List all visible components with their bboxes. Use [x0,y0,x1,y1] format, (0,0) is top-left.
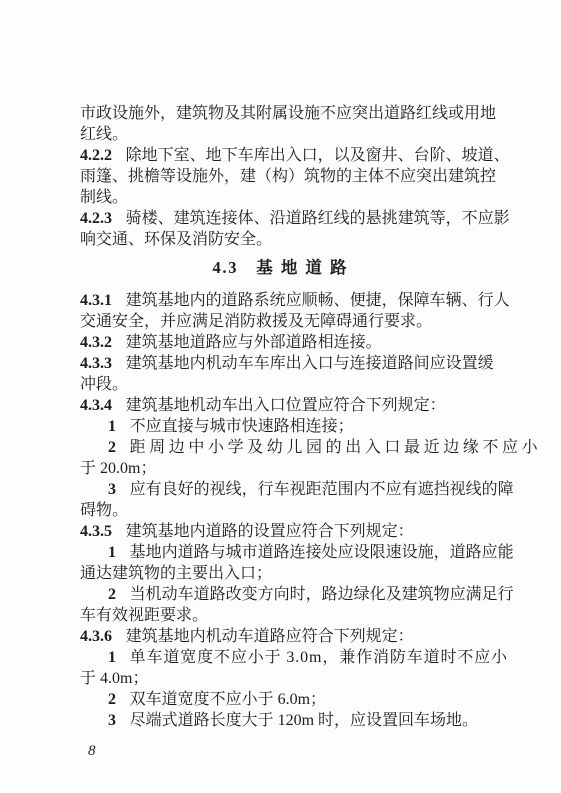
line-text: 冲段。 [80,376,128,393]
text-line: 红线。 [80,124,481,145]
clause-number: 4.2.3 [80,210,112,227]
line-text: 基地内道路与城市道路连接处应设限速设施，道路应能 [130,544,514,561]
line-text: 当机动车道路改变方向时，路边绿化及建筑物应满足行 [130,586,514,603]
line-text: 建筑基地内机动车道路应符合下列规定： [126,628,414,645]
line-text: 建筑基地机动车出入口位置应符合下列规定： [126,397,446,414]
line-text: 建筑基地道路应与外部道路相连接。 [126,334,382,351]
item-number: 1 [108,418,116,435]
text-line: 4.3.6建筑基地内机动车道路应符合下列规定： [80,626,481,647]
line-text: 双车道宽度不应小于 6.0m； [130,691,326,708]
list-item-line: 2当机动车道路改变方向时，路边绿化及建筑物应满足行 [80,584,481,605]
clause-number: 4.2.2 [80,147,112,164]
text-line: 于 4.0m； [80,668,481,689]
line-text: 建筑基地内道路的设置应符合下列规定： [126,523,414,540]
clause-number: 4.3.5 [80,523,112,540]
section-number: 4.3 [213,258,239,277]
page-number: 8 [88,743,96,760]
text-line: 碍物。 [80,500,481,521]
item-number: 2 [108,439,116,456]
text-block: 市政设施外，建筑物及其附属设施不应突出道路红线或用地 红线。 4.2.2除地下室… [80,103,481,731]
line-text: 不应直接与城市快速路相连接； [130,418,354,435]
item-number: 2 [108,586,116,603]
line-text: 于 4.0m； [80,670,148,687]
item-number: 1 [108,649,116,666]
line-text: 通达建筑物的主要出入口； [80,565,272,582]
list-item-line: 3应有良好的视线，行车视距范围内不应有遮挡视线的障 [80,479,481,500]
item-number: 3 [108,481,116,498]
clause-number: 4.3.2 [80,334,112,351]
list-item-line: 1单车道宽度不应小于 3.0m，兼作消防车道时不应小 [80,647,481,668]
line-text: 建筑基地内机动车车库出入口与连接道路间应设置缓 [126,355,494,372]
text-line: 4.3.4建筑基地机动车出入口位置应符合下列规定： [80,395,481,416]
text-line: 4.3.2建筑基地道路应与外部道路相连接。 [80,332,481,353]
text-line: 4.3.3建筑基地内机动车车库出入口与连接道路间应设置缓 [80,353,481,374]
line-text: 除地下室、地下车库出入口，以及窗井、台阶、坡道、 [126,147,510,164]
list-item-line: 2双车道宽度不应小于 6.0m； [80,689,481,710]
text-line: 通达建筑物的主要出入口； [80,563,481,584]
text-line: 于 20.0m； [80,458,481,479]
list-item-line: 2距周边中小学及幼儿园的出入口最近边缘不应小 [80,437,481,458]
line-text: 距周边中小学及幼儿园的出入口最近边缘不应小 [130,439,542,456]
line-text: 应有良好的视线，行车视距范围内不应有遮挡视线的障 [130,481,514,498]
text-line: 市政设施外，建筑物及其附属设施不应突出道路红线或用地 [80,103,481,124]
line-text: 碍物。 [80,502,128,519]
line-text: 交通安全，并应满足消防救援及无障碍通行要求。 [80,313,432,330]
clause-number: 4.3.6 [80,628,112,645]
line-text: 红线。 [80,126,128,143]
line-text: 市政设施外，建筑物及其附属设施不应突出道路红线或用地 [80,105,496,122]
text-line: 4.3.1建筑基地内的道路系统应顺畅、便捷，保障车辆、行人 [80,290,481,311]
line-text: 单车道宽度不应小于 3.0m，兼作消防车道时不应小 [130,649,508,666]
clause-number: 4.3.3 [80,355,112,372]
text-line: 4.2.2除地下室、地下车库出入口，以及窗井、台阶、坡道、 [80,145,481,166]
item-number: 2 [108,691,116,708]
line-text: 雨篷、挑檐等设施外，建（构）筑物的主体不应突出建筑控 [80,168,496,185]
text-line: 制线。 [80,187,481,208]
line-text: 制线。 [80,189,128,206]
list-item-line: 3尽端式道路长度大于 120m 时，应设置回车场地。 [80,710,481,731]
section-heading: 4.3基 地 道 路 [80,257,481,278]
line-text: 骑楼、建筑连接体、沿道路红线的悬挑建筑等，不应影 [126,210,510,227]
text-line: 交通安全，并应满足消防救援及无障碍通行要求。 [80,311,481,332]
clause-number: 4.3.4 [80,397,112,414]
line-text: 于 20.0m； [80,460,156,477]
text-line: 雨篷、挑檐等设施外，建（构）筑物的主体不应突出建筑控 [80,166,481,187]
line-text: 建筑基地内的道路系统应顺畅、便捷，保障车辆、行人 [126,292,510,309]
item-number: 1 [108,544,116,561]
list-item-line: 1不应直接与城市快速路相连接； [80,416,481,437]
text-line: 4.3.5建筑基地内道路的设置应符合下列规定： [80,521,481,542]
list-item-line: 1基地内道路与城市道路连接处应设限速设施，道路应能 [80,542,481,563]
line-text: 尽端式道路长度大于 120m 时，应设置回车场地。 [130,712,478,729]
text-line: 响交通、环保及消防安全。 [80,229,481,250]
text-line: 4.2.3骑楼、建筑连接体、沿道路红线的悬挑建筑等，不应影 [80,208,481,229]
section-title: 基 地 道 路 [256,258,348,277]
line-text: 车有效视距要求。 [80,607,208,624]
clause-number: 4.3.1 [80,292,112,309]
text-line: 冲段。 [80,374,481,395]
item-number: 3 [108,712,116,729]
line-text: 响交通、环保及消防安全。 [80,231,272,248]
text-line: 车有效视距要求。 [80,605,481,626]
document-page: 市政设施外，建筑物及其附属设施不应突出道路红线或用地 红线。 4.2.2除地下室… [0,0,561,793]
